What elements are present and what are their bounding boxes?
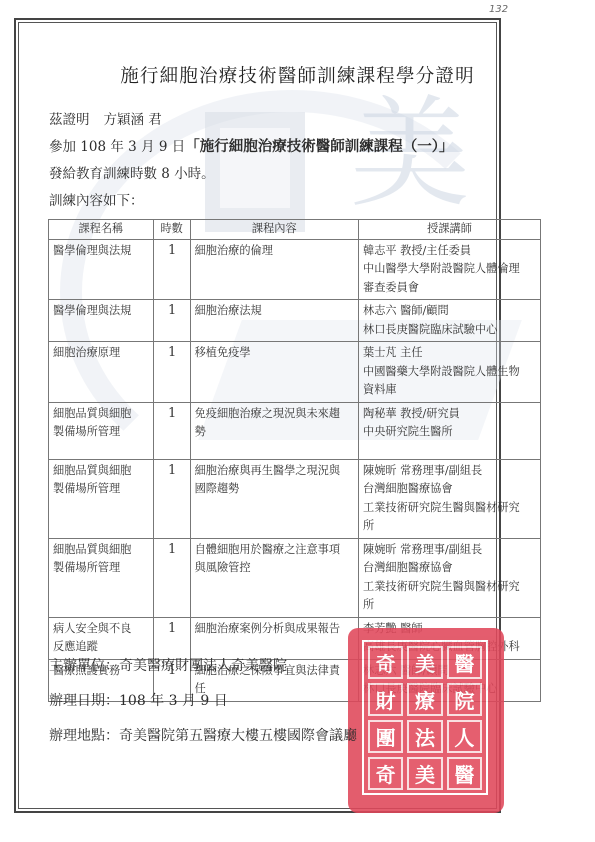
instructor-cell: 陳婉昕 常務理事/副組長 台灣細胞醫療協會 工業技術研究院生醫與醫材研究 所 xyxy=(359,459,541,538)
instructor-affiliation: 中國醫藥大學附設醫院人體生物 xyxy=(363,363,537,382)
instructor-name: 陶秘華 教授/研究員 xyxy=(363,405,537,424)
hours-cell: 1 xyxy=(153,402,190,459)
cell-line: 反應追蹤 xyxy=(53,638,150,657)
cell-line: 細胞治療與再生醫學之現況與 xyxy=(195,462,355,481)
course-name: 「施行細胞治療技術醫師訓練課程（一）」 xyxy=(185,138,453,155)
seal-char: 美 xyxy=(407,646,442,679)
instructor-affiliation: 資料庫 xyxy=(363,381,537,400)
content-cell: 細胞治療的倫理 xyxy=(190,239,358,300)
instructor-cell: 陳婉昕 常務理事/副組長 台灣細胞醫療協會 工業技術研究院生醫與醫材研究 所 xyxy=(359,538,541,617)
certificate-title: 施行細胞治療技術醫師訓練課程學分證明 xyxy=(0,62,595,88)
attendance-year: 108 xyxy=(80,139,106,155)
recipient-line: 茲證明方穎涵 君 xyxy=(49,108,162,128)
instructor-cell: 葉士芃 主任 中國醫藥大學附設醫院人體生物 資料庫 xyxy=(359,342,541,403)
attendance-line: 參加 108 年 3 月 9 日「施行細胞治療技術醫師訓練課程（一）」 xyxy=(49,135,454,156)
cell-line: 醫學倫理與法規 xyxy=(53,302,150,321)
cell-line: 細胞治療的倫理 xyxy=(195,242,355,261)
course-name-cell: 細胞品質與細胞 製備場所管理 xyxy=(49,538,154,617)
instructor-name: 陳婉昕 常務理事/副組長 xyxy=(363,462,537,481)
date-label: 辦理日期： xyxy=(49,693,119,709)
instructor-affiliation: 審查委員會 xyxy=(363,279,537,298)
table-row: 醫學倫理與法規 1 細胞治療的倫理 韓志平 教授/主任委員 中山醫學大學附設醫院… xyxy=(49,239,541,300)
course-name-cell: 病人安全與不良 反應追蹤 xyxy=(49,617,154,659)
course-name-cell: 醫學倫理與法規 xyxy=(49,300,154,342)
date-value: 108 年 3 月 9 日 xyxy=(119,693,228,709)
table-row: 醫學倫理與法規 1 細胞治療法規 林志六 醫師/顧問 林口長庚醫院臨床試驗中心 xyxy=(49,300,541,342)
venue-line: 辦理地點：奇美醫院第五醫療大樓五樓國際會議廳 xyxy=(49,725,357,745)
instructor-cell: 林志六 醫師/顧問 林口長庚醫院臨床試驗中心 xyxy=(359,300,541,342)
content-cell: 自體細胞用於醫療之注意事項 與風險管控 xyxy=(190,538,358,617)
seal-char: 法 xyxy=(407,720,442,753)
table-header-row: 課程名稱 時數 課程內容 授課講師 xyxy=(49,220,541,240)
venue-value: 奇美醫院第五醫療大樓五樓國際會議廳 xyxy=(119,728,357,744)
seal-char: 人 xyxy=(447,720,482,753)
course-name-cell: 細胞品質與細胞 製備場所管理 xyxy=(49,459,154,538)
cell-line: 製備場所管理 xyxy=(53,559,150,578)
header-hours: 時數 xyxy=(153,220,190,240)
organizer-label: 主辦單位： xyxy=(49,658,119,674)
header-instructor: 授課講師 xyxy=(359,220,541,240)
certify-prefix: 茲證明 xyxy=(49,112,90,128)
seal-char: 醫 xyxy=(447,646,482,679)
month-unit: 月 xyxy=(141,139,155,155)
organizer-line: 主辦單位：奇美醫療財團法人奇美醫院 xyxy=(49,655,287,675)
instructor-cell: 韓志平 教授/主任委員 中山醫學大學附設醫院人體倫理 審查委員會 xyxy=(359,239,541,300)
instructor-affiliation: 中央研究院生醫所 xyxy=(363,423,537,442)
cell-line: 細胞品質與細胞 xyxy=(53,405,150,424)
day-unit: 日 xyxy=(172,139,186,155)
header-course-content: 課程內容 xyxy=(190,220,358,240)
cell-line: 勢 xyxy=(195,423,355,442)
hours-cell: 1 xyxy=(153,300,190,342)
content-cell: 免疫細胞治療之現況與未來趨 勢 xyxy=(190,402,358,459)
content-cell: 移植免疫學 xyxy=(190,342,358,403)
table-row: 細胞品質與細胞 製備場所管理 1 免疫細胞治療之現況與未來趨 勢 陶秘華 教授/… xyxy=(49,402,541,459)
hours-cell: 1 xyxy=(153,459,190,538)
attendance-prefix: 參加 xyxy=(49,139,76,155)
cell-line: 製備場所管理 xyxy=(53,480,150,499)
hours-line: 發給教育訓練時數 8 小時。 xyxy=(49,162,215,182)
instructor-affiliation: 所 xyxy=(363,596,537,615)
table-row: 細胞品質與細胞 製備場所管理 1 細胞治療與再生醫學之現況與 國際趨勢 陳婉昕 … xyxy=(49,459,541,538)
course-name-cell: 細胞品質與細胞 製備場所管理 xyxy=(49,402,154,459)
content-cell: 細胞治療與再生醫學之現況與 國際趨勢 xyxy=(190,459,358,538)
instructor-name: 陳婉昕 常務理事/副組長 xyxy=(363,541,537,560)
seal-char: 療 xyxy=(407,683,442,716)
training-hours: 8 xyxy=(161,166,170,182)
instructor-affiliation: 林口長庚醫院臨床試驗中心 xyxy=(363,321,537,340)
table-row: 細胞治療原理 1 移植免疫學 葉士芃 主任 中國醫藥大學附設醫院人體生物 資料庫 xyxy=(49,342,541,403)
hours-cell: 1 xyxy=(153,239,190,300)
hours-suffix: 小時。 xyxy=(174,166,215,182)
course-name-cell: 細胞治療原理 xyxy=(49,342,154,403)
cell-line: 細胞品質與細胞 xyxy=(53,541,150,560)
instructor-affiliation: 台灣細胞醫療協會 xyxy=(363,559,537,578)
cell-line: 細胞品質與細胞 xyxy=(53,462,150,481)
venue-label: 辦理地點： xyxy=(49,728,119,744)
instructor-affiliation: 台灣細胞醫療協會 xyxy=(363,480,537,499)
page-number: 132 xyxy=(489,4,508,15)
seal-char: 醫 xyxy=(447,757,482,790)
instructor-affiliation: 所 xyxy=(363,517,537,536)
hours-cell: 1 xyxy=(153,538,190,617)
content-heading: 訓練內容如下： xyxy=(49,189,144,209)
cell-line: 細胞治療案例分析與成果報告 xyxy=(195,620,355,639)
seal-char: 美 xyxy=(407,757,442,790)
organizer-value: 奇美醫療財團法人奇美醫院 xyxy=(119,658,287,674)
seal-char: 奇 xyxy=(368,757,403,790)
cell-line: 免疫細胞治療之現況與未來趨 xyxy=(195,405,355,424)
header-course-name: 課程名稱 xyxy=(49,220,154,240)
recipient-name: 方穎涵 君 xyxy=(104,112,162,128)
cell-line: 移植免疫學 xyxy=(195,344,355,363)
cell-line: 自體細胞用於醫療之注意事項 xyxy=(195,541,355,560)
instructor-affiliation: 中山醫學大學附設醫院人體倫理 xyxy=(363,260,537,279)
instructor-affiliation: 工業技術研究院生醫與醫材研究 xyxy=(363,578,537,597)
seal-char: 財 xyxy=(368,683,403,716)
hours-cell: 1 xyxy=(153,342,190,403)
year-unit: 年 xyxy=(110,139,124,155)
seal-char: 團 xyxy=(368,720,403,753)
cell-line: 國際趨勢 xyxy=(195,480,355,499)
cell-line: 製備場所管理 xyxy=(53,423,150,442)
table-row: 細胞品質與細胞 製備場所管理 1 自體細胞用於醫療之注意事項 與風險管控 陳婉昕… xyxy=(49,538,541,617)
seal-char: 奇 xyxy=(368,646,403,679)
cell-line: 病人安全與不良 xyxy=(53,620,150,639)
cell-line: 與風險管控 xyxy=(195,559,355,578)
hours-prefix: 發給教育訓練時數 xyxy=(49,166,157,182)
cell-line: 細胞治療原理 xyxy=(53,344,150,363)
instructor-affiliation: 工業技術研究院生醫與醫材研究 xyxy=(363,499,537,518)
official-seal: 奇 美 醫 財 療 院 團 法 人 奇 美 醫 xyxy=(348,628,504,813)
seal-grid: 奇 美 醫 財 療 院 團 法 人 奇 美 醫 xyxy=(362,640,488,795)
hours-cell: 1 xyxy=(153,617,190,659)
content-cell: 細胞治療案例分析與成果報告 xyxy=(190,617,358,659)
instructor-name: 韓志平 教授/主任委員 xyxy=(363,242,537,261)
instructor-cell: 陶秘華 教授/研究員 中央研究院生醫所 xyxy=(359,402,541,459)
attendance-month: 3 xyxy=(128,139,137,155)
date-line: 辦理日期：108 年 3 月 9 日 xyxy=(49,690,228,710)
attendance-day: 9 xyxy=(159,139,168,155)
content-cell: 細胞治療法規 xyxy=(190,300,358,342)
seal-char: 院 xyxy=(447,683,482,716)
cell-line: 細胞治療法規 xyxy=(195,302,355,321)
instructor-name: 葉士芃 主任 xyxy=(363,344,537,363)
course-name-cell: 醫學倫理與法規 xyxy=(49,239,154,300)
cell-line: 醫學倫理與法規 xyxy=(53,242,150,261)
instructor-name: 林志六 醫師/顧問 xyxy=(363,302,537,321)
